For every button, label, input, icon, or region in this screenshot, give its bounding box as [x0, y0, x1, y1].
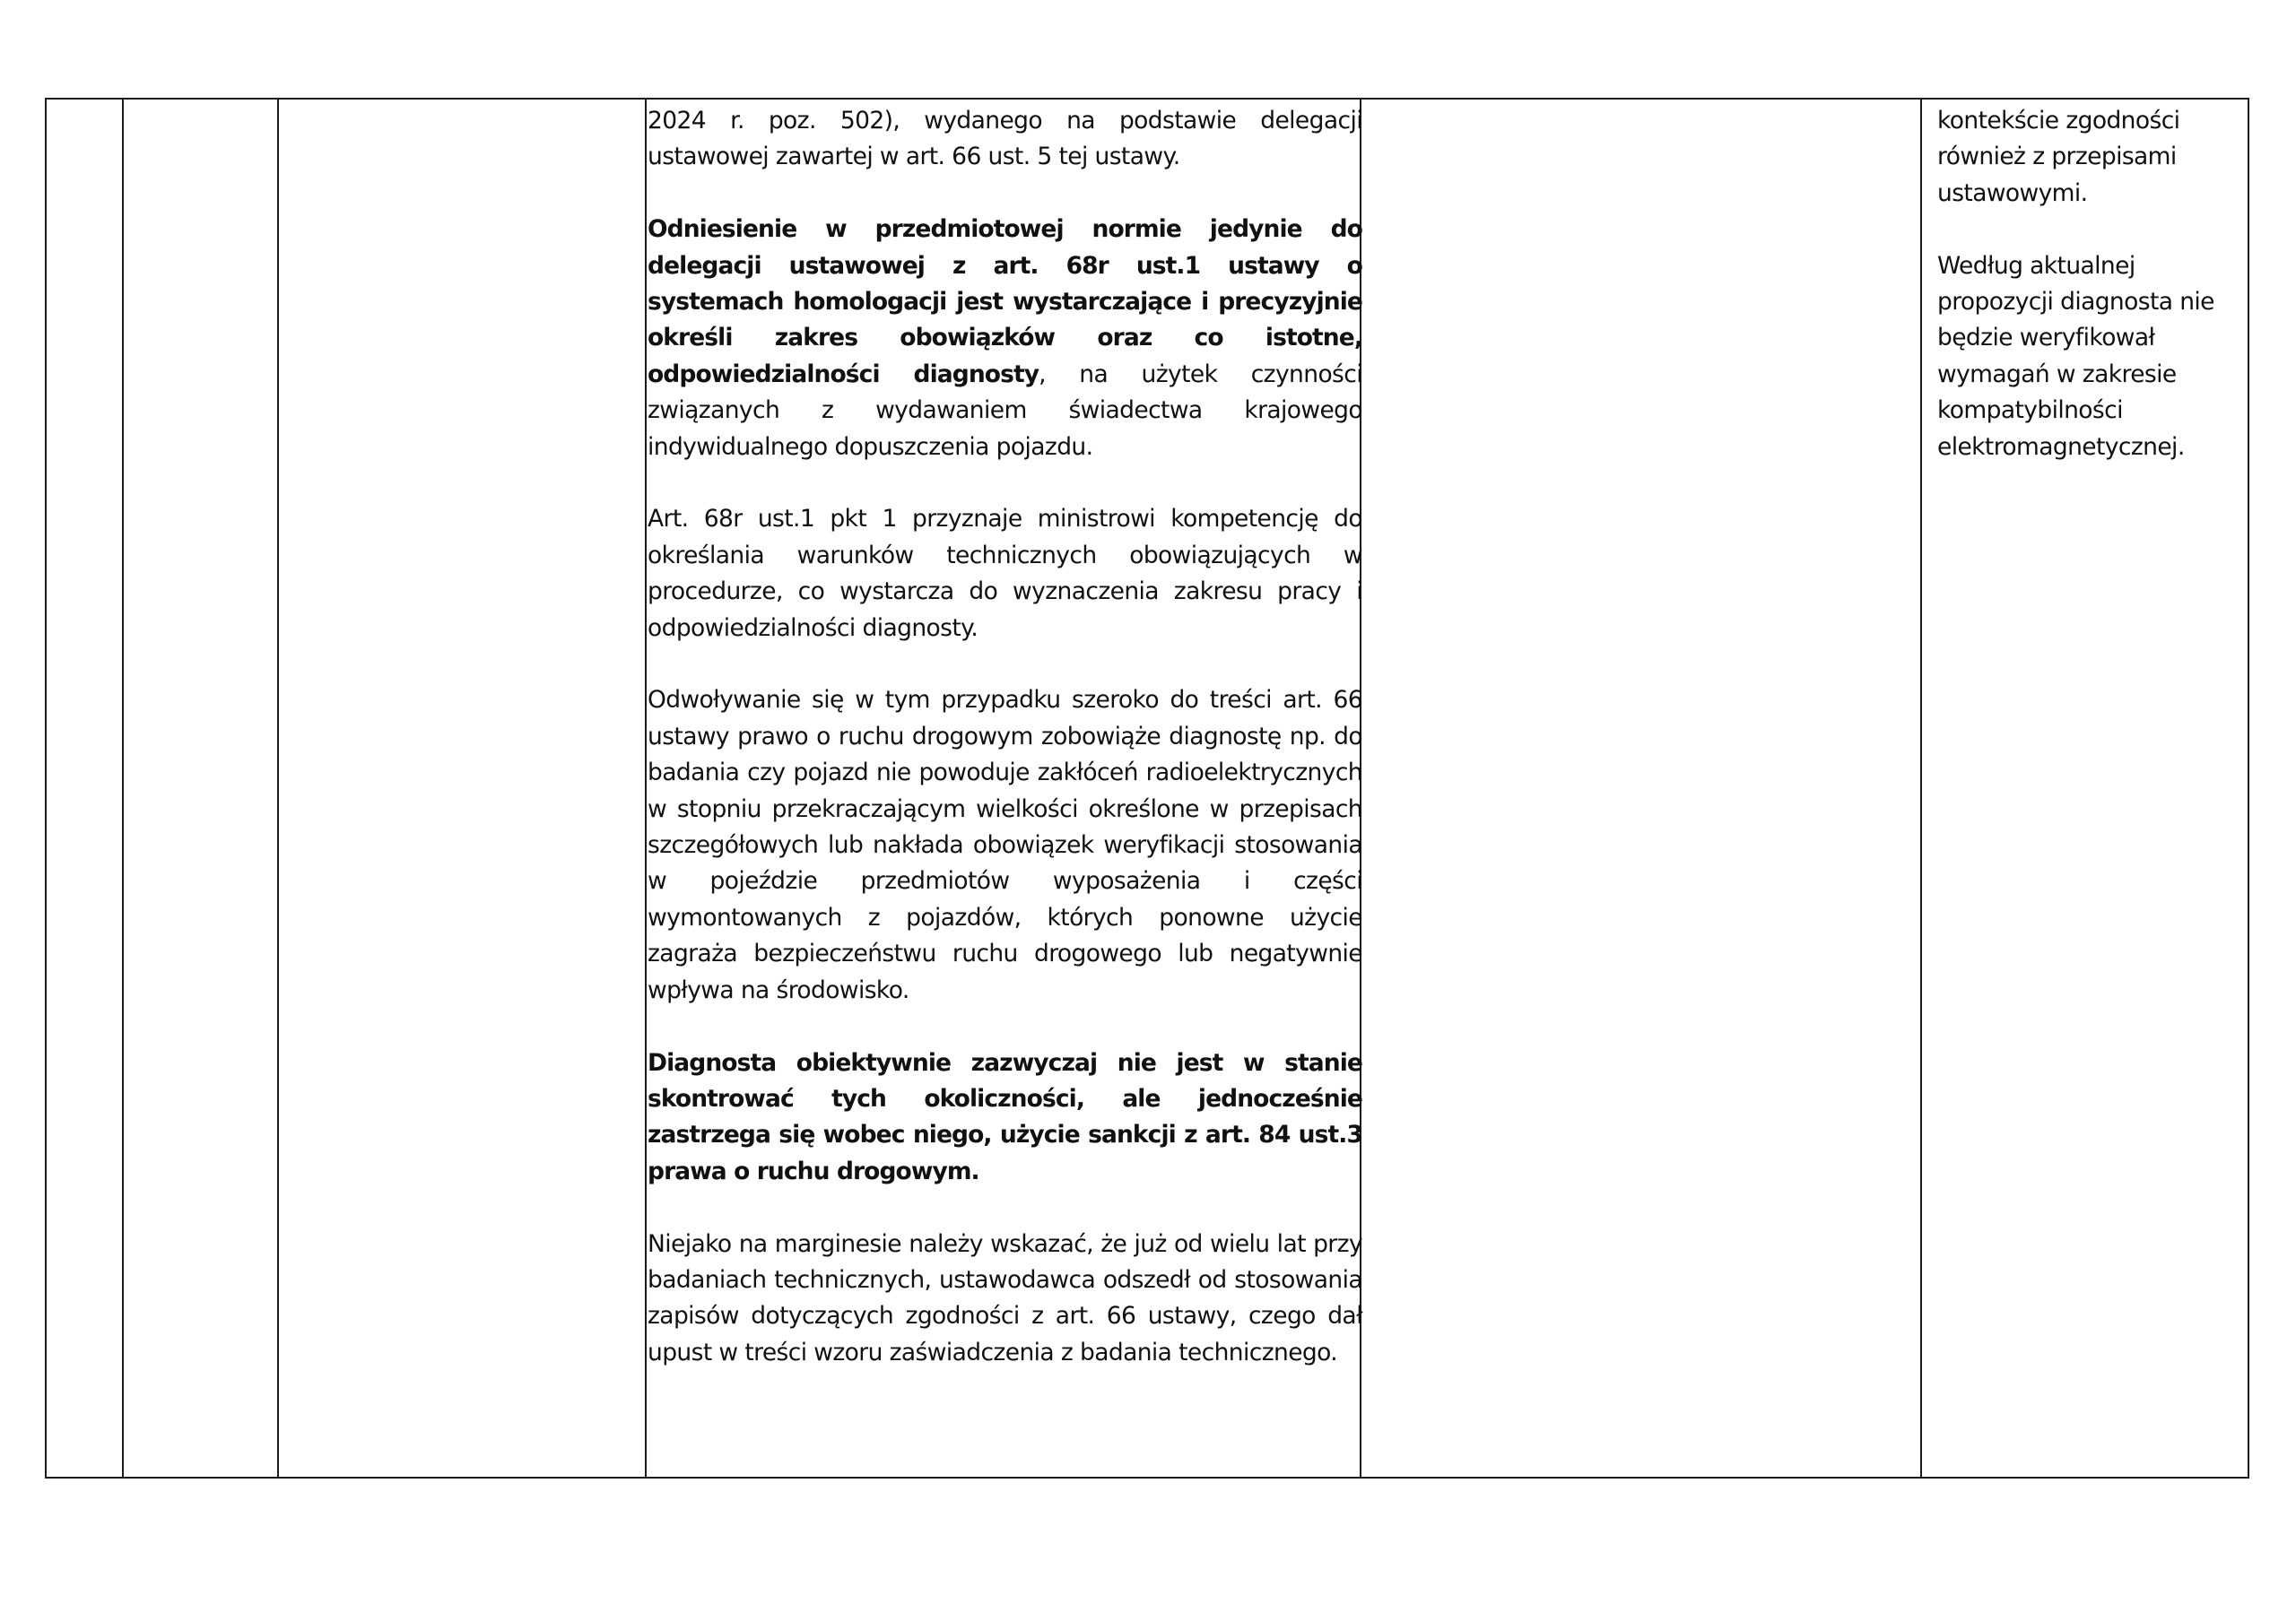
column-divider	[1920, 100, 1922, 1477]
text: Odwoływanie się w tym przypadku szeroko …	[648, 686, 1362, 1003]
cell-unit-empty	[124, 100, 277, 1477]
cell-lp-empty	[47, 100, 122, 1477]
bold-text: Diagnosta obiektywnie zazwyczaj nie jest…	[648, 1049, 1362, 1185]
justification-paragraph: Niejako na marginesie należy wskazać, że…	[648, 1227, 1362, 1372]
cell-response: kontekście zgodnościrównież z przepisami…	[1937, 100, 2247, 1477]
justification-paragraph: Diagnosta obiektywnie zazwyczaj nie jest…	[648, 1045, 1362, 1191]
column-divider	[645, 100, 647, 1477]
response-paragraph: kontekście zgodnościrównież z przepisami…	[1937, 103, 2247, 212]
justification-paragraph: Art. 68r ust.1 pkt 1 przyznaje ministrow…	[648, 501, 1362, 646]
response-paragraph: Według aktualnejpropozycji diagnosta nie…	[1937, 248, 2247, 465]
justification-paragraph: 2024 r. poz. 502), wydanego na podstawie…	[648, 103, 1362, 176]
cell-provision-empty	[279, 100, 645, 1477]
comments-table-row: 2024 r. poz. 502), wydanego na podstawie…	[45, 98, 2249, 1479]
justification-paragraph: Odwoływanie się w tym przypadku szeroko …	[648, 682, 1362, 1009]
text: Art. 68r ust.1 pkt 1 przyznaje ministrow…	[648, 505, 1362, 641]
justification-paragraph: Odniesienie w przedmiotowej normie jedyn…	[648, 212, 1362, 465]
text: 2024 r. poz. 502), wydanego na podstawie…	[648, 107, 1362, 170]
text: Niejako na marginesie należy wskazać, że…	[648, 1230, 1362, 1366]
cell-justification: 2024 r. poz. 502), wydanego na podstawie…	[648, 100, 1362, 1477]
cell-proposal-empty	[1361, 100, 1920, 1477]
